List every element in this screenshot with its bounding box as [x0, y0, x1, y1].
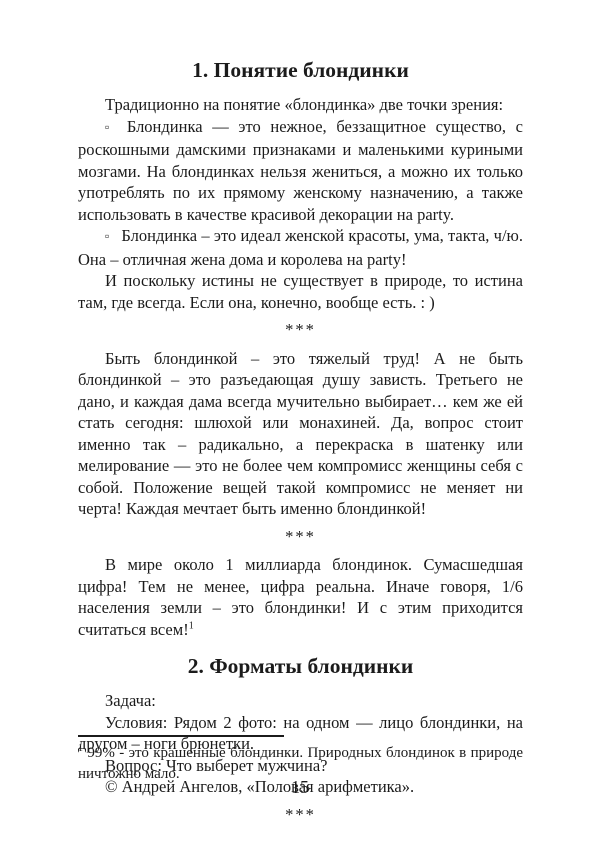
bullet-square-icon: ▫	[105, 229, 109, 243]
paragraph: Быть блондинкой – это тяжелый труд! А не…	[78, 348, 523, 520]
bullet-square-icon: ▫	[105, 120, 115, 134]
page-number: 15	[0, 777, 600, 798]
paragraph: В мире около 1 миллиарда блондинок. Сума…	[78, 554, 523, 640]
paragraph: Традиционно на понятие «блондинка» две т…	[78, 94, 523, 116]
paragraph: И поскольку истины не существует в приро…	[78, 270, 523, 313]
text-run: И поскольку истины не существует в приро…	[78, 271, 523, 312]
section-separator: ***	[78, 319, 523, 341]
footnote-divider	[78, 735, 284, 737]
text-run: Традиционно на понятие «блондинка» две т…	[105, 95, 503, 114]
page-content: 1. Понятие блондинкиТрадиционно на понят…	[78, 44, 523, 832]
bullet-item: ▫Блондинка — это нежное, беззащитное сущ…	[78, 116, 523, 226]
section-heading: 1. Понятие блондинки	[78, 56, 523, 84]
section-heading: 2. Форматы блондинки	[78, 652, 523, 680]
section-separator: ***	[78, 804, 523, 826]
text-run: Быть блондинкой – это тяжелый труд! А не…	[78, 349, 523, 519]
footnote-ref: 1	[189, 620, 194, 631]
text-run: Блондинка – это идеал женской красоты, у…	[78, 226, 523, 269]
text-run: Блондинка — это нежное, беззащитное суще…	[78, 117, 523, 224]
footnote-marker: 1	[78, 743, 83, 754]
section-separator: ***	[78, 526, 523, 548]
text-run: Задача:	[105, 691, 156, 710]
text-run: В мире около 1 миллиарда блондинок. Сума…	[78, 555, 523, 639]
book-page: 1. Понятие блондинкиТрадиционно на понят…	[0, 0, 600, 850]
bullet-item: ▫Блондинка – это идеал женской красоты, …	[78, 225, 523, 270]
paragraph: Задача:	[78, 690, 523, 712]
